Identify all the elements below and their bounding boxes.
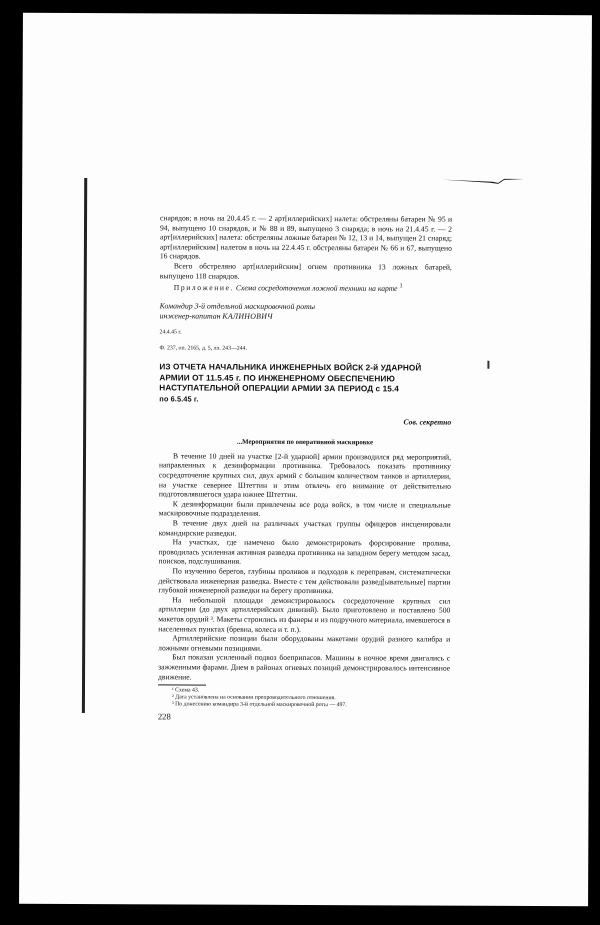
total-paragraph: Всего обстреляно арт[иллерийским] огнем … bbox=[160, 261, 452, 281]
appendix-text: Схема сосредоточения ложной техники на к… bbox=[236, 283, 398, 293]
body-paragraph: В течение 10 дней на участке [2-й ударно… bbox=[159, 451, 451, 500]
appendix-paragraph: Приложение. Схема сосредоточения ложной … bbox=[160, 281, 452, 294]
text-column: снарядов; в ночь на 20.4.45 г. — 2 арт[и… bbox=[158, 213, 452, 723]
binding-line bbox=[82, 178, 87, 713]
margin-mark bbox=[487, 361, 489, 369]
top-paragraph: снарядов; в ночь на 20.4.45 г. — 2 арт[и… bbox=[160, 213, 452, 262]
appendix-footnote-ref: 1 bbox=[399, 283, 402, 290]
signature-line1: Командир 3-й отдельной маскировочной рот… bbox=[160, 302, 315, 312]
body-paragraph: Был показан усиленный подвоз боеприпасов… bbox=[158, 653, 450, 683]
archive-reference: Ф. 237, оп. 2165, д. 5, лл. 243—244. bbox=[159, 345, 451, 354]
body-paragraph: В течение двух дней на различных участка… bbox=[159, 518, 451, 538]
section-heading: ...Мероприятия по оперативной маскировке bbox=[159, 438, 451, 449]
signature-block: Командир 3-й отдельной маскировочной рот… bbox=[160, 302, 452, 322]
body-paragraph: К дезинформации были привлечены все рода… bbox=[159, 499, 451, 519]
footnote: ³ По донесению командира 3-й отдельной м… bbox=[172, 701, 450, 709]
document-title: ИЗ ОТЧЕТА НАЧАЛЬНИКА ИНЖЕНЕРНЫХ ВОЙСК 2-… bbox=[159, 363, 451, 407]
signature-name: КАЛИНОВИЧ bbox=[222, 311, 272, 320]
body-paragraph: На участках, где намечено было демонстри… bbox=[159, 538, 451, 568]
page-number: 228 bbox=[158, 713, 450, 724]
scanned-page: снарядов; в ночь на 20.4.45 г. — 2 арт[и… bbox=[19, 13, 592, 906]
body-paragraph: По изучению берегов, глубины проливов и … bbox=[158, 566, 450, 596]
footnote-divider bbox=[158, 684, 206, 685]
footnotes: ¹ Схема 43. ² Дата установлена на основа… bbox=[172, 688, 450, 710]
appendix-label: Приложение. bbox=[174, 283, 234, 292]
title-line4: по 6.5.45 г. bbox=[159, 394, 198, 403]
title-line3: НАСТУПАТЕЛЬНОЙ ОПЕРАЦИИ АРМИИ ЗА ПЕРИОД … bbox=[159, 384, 399, 394]
classification-label: Сов. секретно bbox=[159, 416, 451, 427]
title-line2: АРМИИ ОТ 11.5.45 г. ПО ИНЖЕНЕРНОМУ ОБЕСП… bbox=[159, 373, 395, 383]
body-paragraph: На небольшой площади демонстрировалось с… bbox=[158, 595, 450, 635]
signature-line2: инженер-капитан bbox=[160, 311, 221, 320]
ink-mark-icon bbox=[442, 178, 524, 184]
document-date: 24.4.45 г. bbox=[160, 329, 452, 338]
title-line1: ИЗ ОТЧЕТА НАЧАЛЬНИКА ИНЖЕНЕРНЫХ ВОЙСК 2-… bbox=[159, 363, 421, 373]
body-paragraph: Артиллерийские позиции были оборудованы … bbox=[158, 633, 450, 653]
